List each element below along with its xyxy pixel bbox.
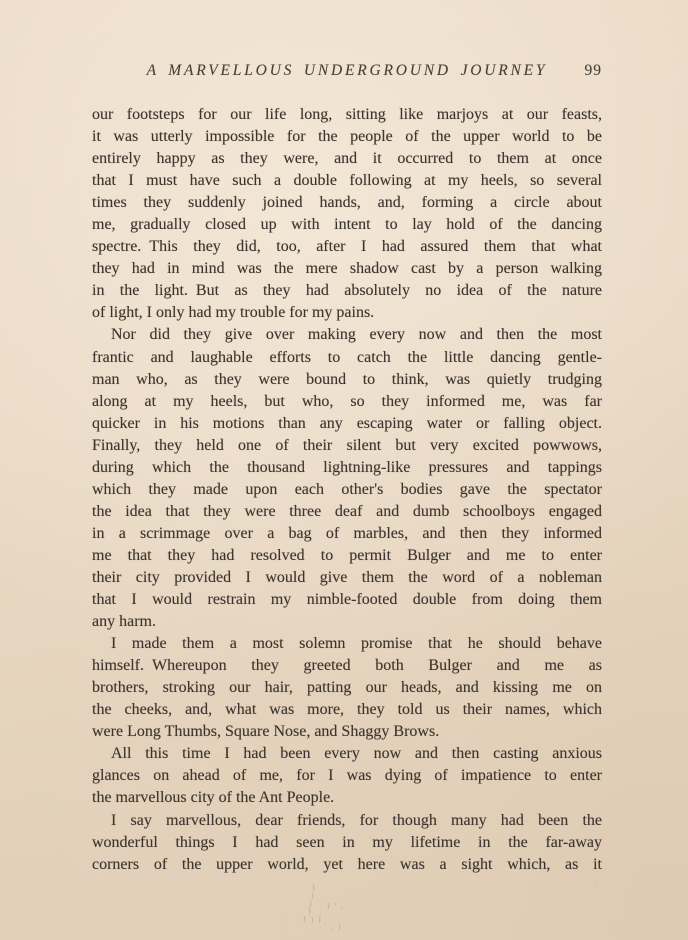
text-line: in a scrimmage over a bag of marbles, an… (92, 523, 602, 545)
text-line: entirely happy as they were, and it occu… (92, 148, 602, 170)
text-line: that I would restrain my nimble-footed d… (92, 589, 602, 611)
ink-speck: · (76, 455, 78, 463)
running-header-title: A MARVELLOUS UNDERGROUND JOURNEY (92, 62, 602, 80)
text-line: times they suddenly joined hands, and, f… (92, 192, 602, 214)
ink-speck: ' (335, 903, 336, 911)
ink-speck: ) (312, 884, 315, 892)
text-line: the marvellous city of the Ant People. (92, 787, 602, 809)
running-header: A MARVELLOUS UNDERGROUND JOURNEY 99 (92, 62, 602, 82)
text-line: the idea that they were three deaf and d… (92, 501, 602, 523)
text-line: Nor did they give over making every now … (92, 324, 602, 346)
text-line: brothers, stroking our hair, patting our… (92, 677, 602, 699)
page-number: 99 (585, 62, 603, 80)
text-line: the cheeks, and, what was more, they tol… (92, 699, 602, 721)
ink-speck: ) (318, 916, 321, 924)
text-line: All this time I had been every now and t… (92, 743, 602, 765)
text-line: himself. Whereupon they greeted both Bul… (92, 655, 602, 677)
text-line: I made them a most solemn promise that h… (92, 633, 602, 655)
text-line: glances on ahead of me, for I was dying … (92, 765, 602, 787)
text-line: quicker in his motions than any escaping… (92, 413, 602, 435)
text-line: during which the thousand lightning-like… (92, 457, 602, 479)
text-line: in the light. But as they had absolutely… (92, 280, 602, 302)
ink-speck: ) (327, 902, 330, 910)
text-line: me, gradually closed up with intent to l… (92, 214, 602, 236)
text-line: man who, as they were bound to think, wa… (92, 369, 602, 391)
text-line: Finally, they held one of their silent b… (92, 435, 602, 457)
ink-speck: ) (338, 923, 341, 931)
ink-speck: ) (308, 907, 311, 915)
text-line: any harm. (92, 611, 602, 633)
text-line: I say marvellous, dear friends, for thou… (92, 810, 602, 832)
ink-speck: | (320, 910, 321, 918)
ink-speck: , (331, 924, 333, 932)
text-line: of light, I only had my trouble for my p… (92, 302, 602, 324)
text-line: spectre. This they did, too, after I had… (92, 236, 602, 258)
ink-speck: ) (303, 915, 306, 923)
text-line: me that they had resolved to permit Bulg… (92, 545, 602, 567)
text-line: their city provided I would give them th… (92, 567, 602, 589)
ink-speck: ' (595, 884, 596, 892)
ink-speck: ) (309, 900, 312, 908)
ink-speck: , (341, 902, 343, 910)
ink-speck: ' (324, 923, 325, 931)
text-line: they had in mind was the mere shadow cas… (92, 258, 602, 280)
text-line: it was utterly impossible for the people… (92, 126, 602, 148)
text-line: our footsteps for our life long, sitting… (92, 104, 602, 126)
book-page-scan: A MARVELLOUS UNDERGROUND JOURNEY 99 our … (0, 0, 688, 940)
text-line: were Long Thumbs, Square Nose, and Shagg… (92, 721, 602, 743)
text-line: which they made upon each other's bodies… (92, 479, 602, 501)
text-line: corners of the upper world, yet here was… (92, 854, 602, 876)
ink-speck: ) (311, 916, 314, 924)
text-line: wonderful things I had seen in my lifeti… (92, 832, 602, 854)
text-line: frantic and laughable efforts to catch t… (92, 347, 602, 369)
text-line: that I must have such a double following… (92, 170, 602, 192)
page-body-text: our footsteps for our life long, sitting… (92, 104, 602, 876)
ink-speck: ) (311, 892, 314, 900)
text-line: along at my heels, but who, so they info… (92, 391, 602, 413)
